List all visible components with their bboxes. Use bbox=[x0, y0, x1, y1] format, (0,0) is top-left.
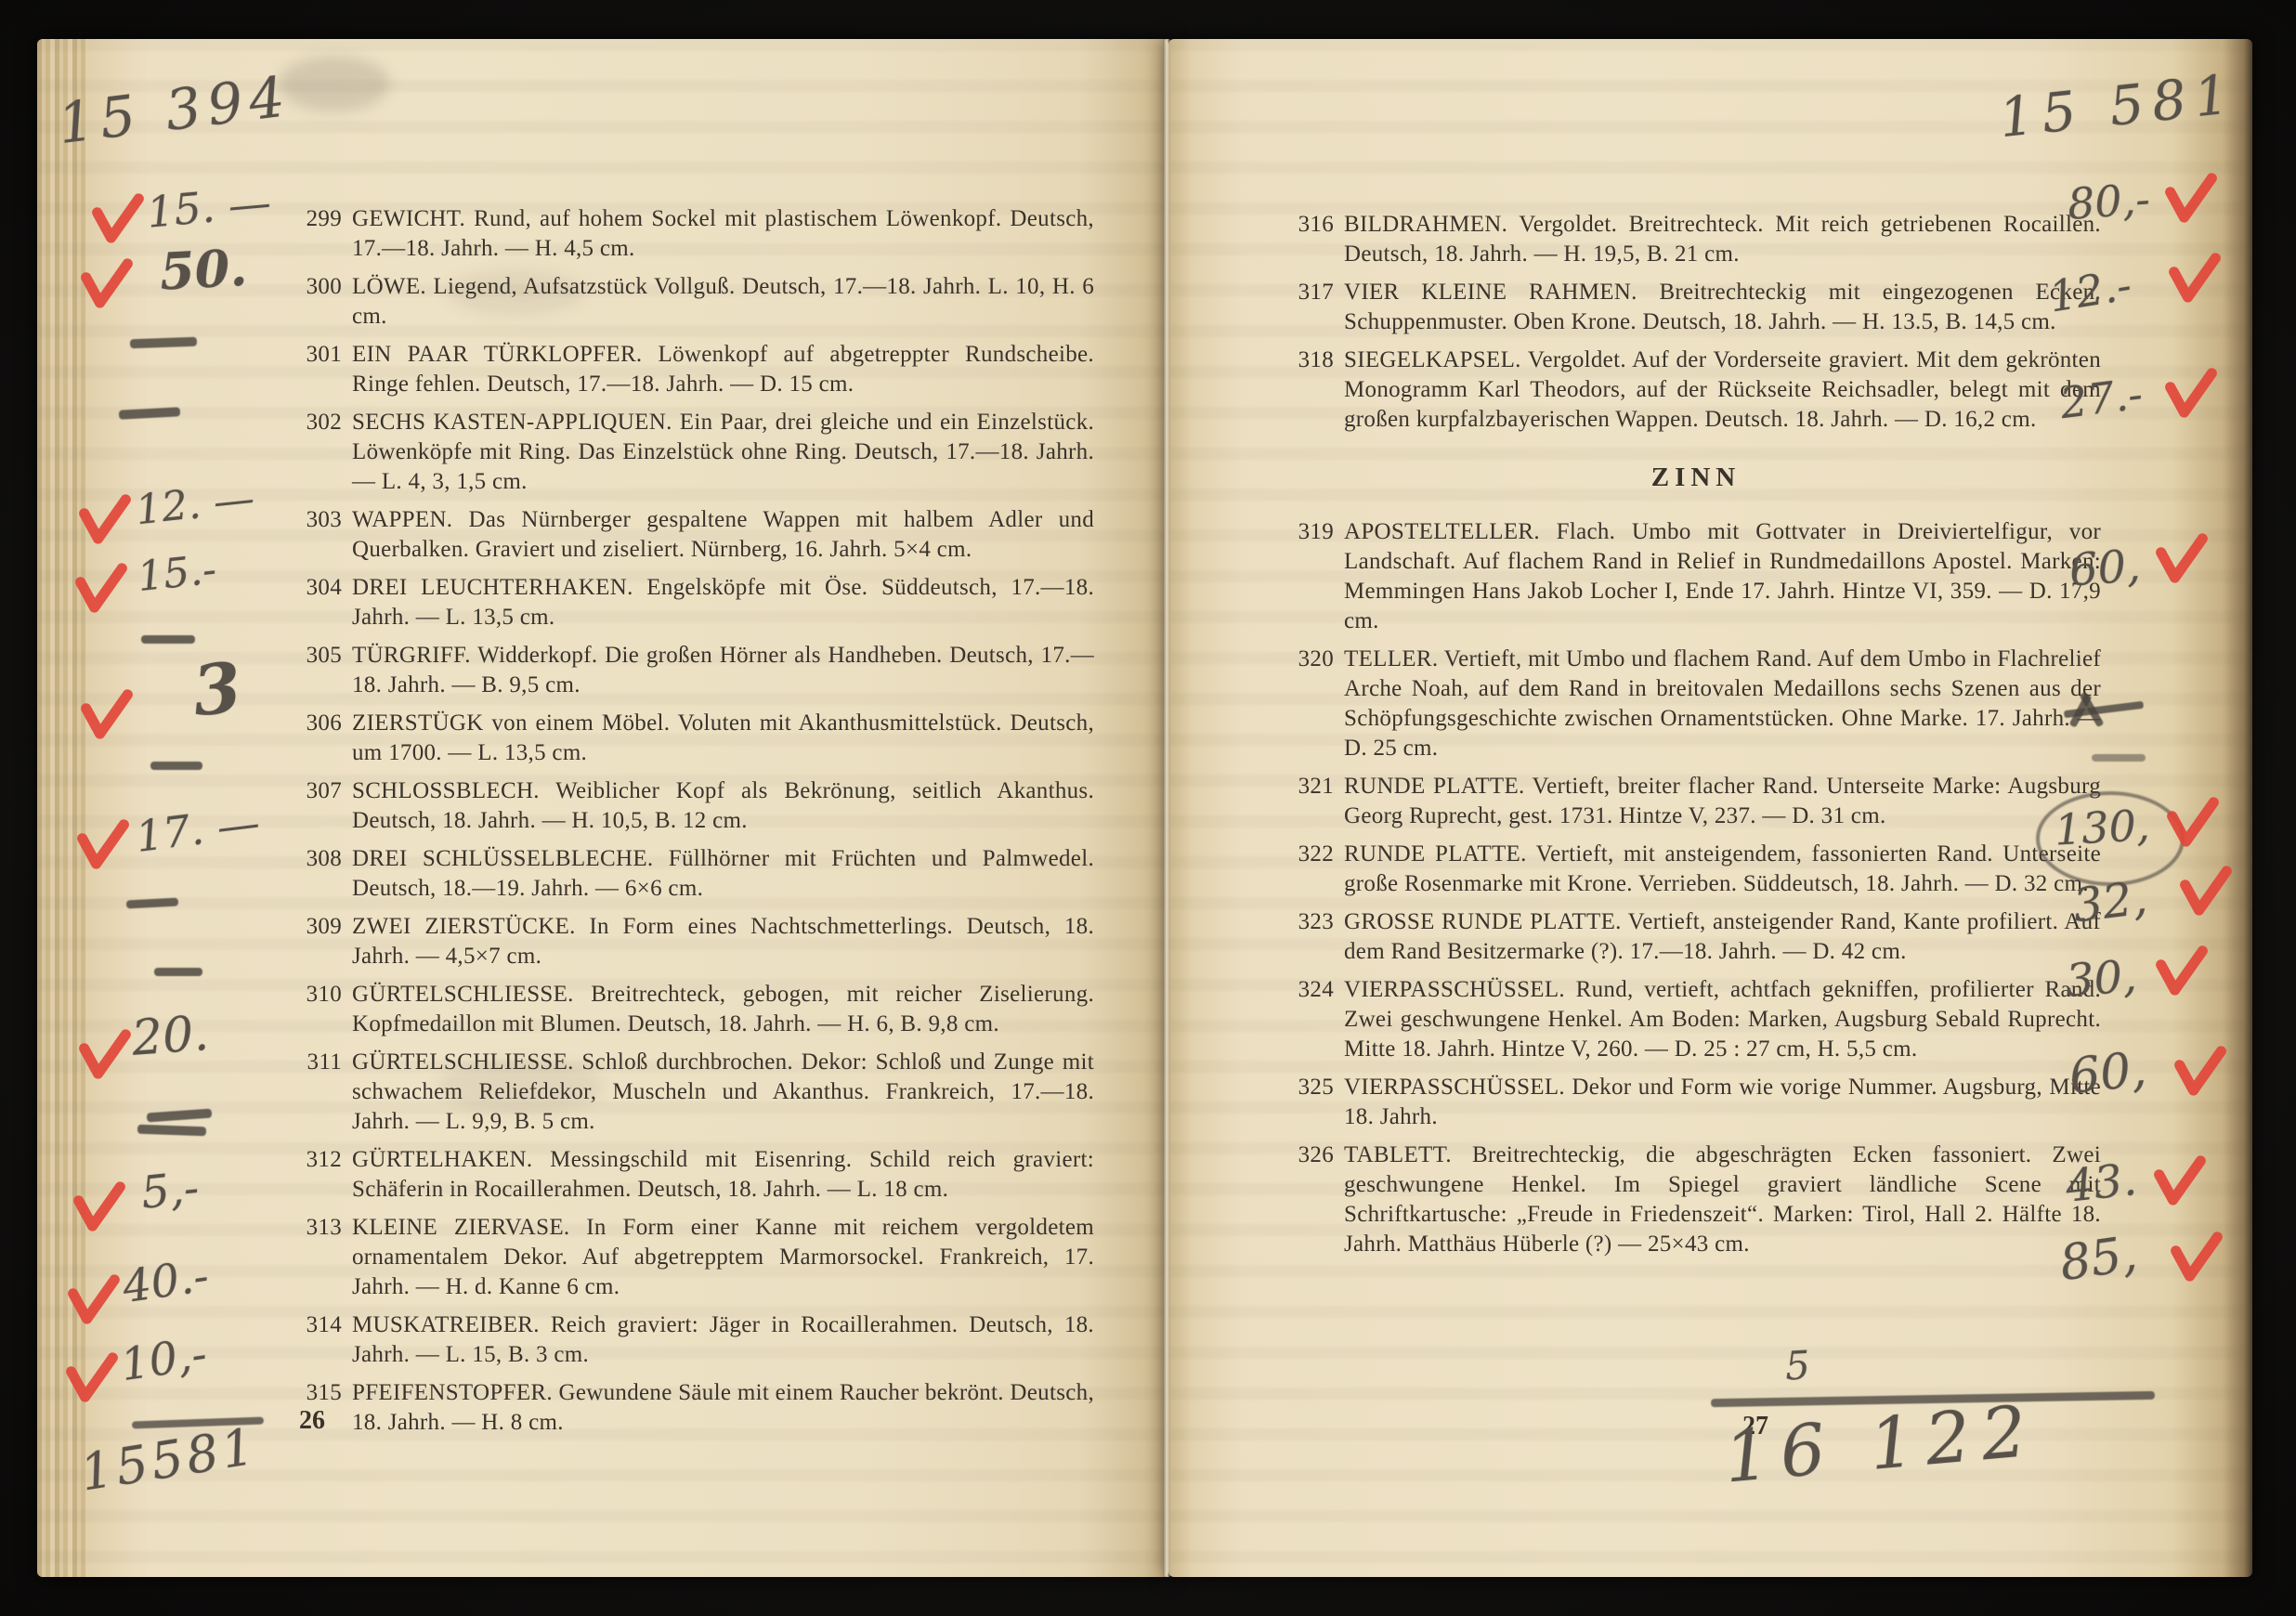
price-annotation-318: 27.- bbox=[2057, 369, 2146, 428]
entry-number: 314 bbox=[299, 1310, 342, 1370]
right-entry-column: 316BILDRAHMEN. Vergoldet. Breitrechteck.… bbox=[1291, 210, 2101, 1268]
entry-text: GÜRTELSCHLIESSE. Schloß durchbrochen. De… bbox=[352, 1048, 1094, 1137]
price-annotation-319: 60, bbox=[2068, 540, 2142, 596]
entry-text: VIERPASSCHÜSSEL. Rund, vertieft, achtfac… bbox=[1344, 975, 2101, 1064]
catalog-entry: 310GÜRTELSCHLIESSE. Breitrechteck, gebog… bbox=[299, 980, 1094, 1039]
entry-number: 310 bbox=[299, 980, 342, 1039]
entry-text: GÜRTELSCHLIESSE. Breitrechteck, gebogen,… bbox=[352, 980, 1094, 1039]
entry-text: TELLER. Vertieft, mit Umbo und flachem R… bbox=[1344, 645, 2101, 763]
catalog-entry: 301EIN PAAR TÜRKLOPFER. Löwenkopf auf ab… bbox=[299, 340, 1094, 399]
catalog-entry: 300LÖWE. Liegend, Aufsatzstück Vollguß. … bbox=[299, 272, 1094, 332]
catalog-entry: 299GEWICHT. Rund, auf hohem Sockel mit p… bbox=[299, 204, 1094, 264]
entry-number: 309 bbox=[299, 912, 342, 971]
red-checkmark-icon bbox=[74, 817, 132, 871]
entry-number: 300 bbox=[299, 272, 342, 332]
entry-number: 302 bbox=[299, 408, 342, 497]
entry-number: 319 bbox=[1291, 517, 1334, 636]
entry-text: VIERPASSCHÜSSEL. Dekor und Form wie vori… bbox=[1344, 1073, 2101, 1132]
entry-text: DREI SCHLÜSSELBLECHE. Füllhörner mit Frü… bbox=[352, 844, 1094, 904]
entry-number: 323 bbox=[1291, 907, 1334, 967]
entry-text: APOSTELTELLER. Flach. Umbo mit Gottvater… bbox=[1344, 517, 2101, 636]
catalog-entry: 318SIEGELKAPSEL. Vergoldet. Auf der Vord… bbox=[1291, 345, 2101, 435]
entry-number: 320 bbox=[1291, 645, 1334, 763]
catalog-entry: 311GÜRTELSCHLIESSE. Schloß durchbrochen.… bbox=[299, 1048, 1094, 1137]
price-annotation-322: 32, bbox=[2070, 870, 2150, 932]
entry-number: 324 bbox=[1291, 975, 1334, 1064]
entry-text: LÖWE. Liegend, Aufsatzstück Vollguß. Deu… bbox=[352, 272, 1094, 332]
red-checkmark-icon bbox=[78, 687, 136, 741]
entry-number: 311 bbox=[299, 1048, 342, 1137]
sum-carry-digit: 5 bbox=[1784, 1342, 1811, 1388]
catalog-entry: 312GÜRTELHAKEN. Messingschild mit Eisenr… bbox=[299, 1145, 1094, 1205]
red-checkmark-icon bbox=[2162, 366, 2220, 420]
pencil-smudge bbox=[279, 56, 390, 111]
entry-number: 312 bbox=[299, 1145, 342, 1205]
entry-text: ZIERSTÜGK von einem Möbel. Voluten mit A… bbox=[352, 709, 1094, 768]
entry-text: TÜRGRIFF. Widderkopf. Die großen Hörner … bbox=[352, 641, 1094, 700]
entry-text: GÜRTELHAKEN. Messingschild mit Eisenring… bbox=[352, 1145, 1094, 1205]
entry-text: KLEINE ZIERVASE. In Form einer Kanne mit… bbox=[352, 1213, 1094, 1302]
entry-number: 304 bbox=[299, 573, 342, 632]
red-checkmark-icon bbox=[2177, 864, 2235, 918]
entry-number: 303 bbox=[299, 505, 342, 565]
scribbled-price-mark bbox=[2064, 689, 2149, 732]
entry-text: SECHS KASTEN-APPLIQUEN. Ein Paar, drei g… bbox=[352, 408, 1094, 497]
entry-text: SIEGELKAPSEL. Vergoldet. Auf der Vorders… bbox=[1344, 345, 2101, 435]
entry-number: 326 bbox=[1291, 1140, 1334, 1259]
page-number-left: 26 bbox=[299, 1406, 325, 1436]
red-checkmark-icon bbox=[2153, 944, 2211, 997]
red-checkmark-icon bbox=[71, 1179, 128, 1233]
catalog-entry: 324VIERPASSCHÜSSEL. Rund, vertieft, acht… bbox=[1291, 975, 2101, 1064]
entry-number: 299 bbox=[299, 204, 342, 264]
price-annotation-311: 20. bbox=[130, 1006, 211, 1067]
price-annotation-325: 43. bbox=[2063, 1153, 2139, 1213]
entry-text: EIN PAAR TÜRKLOPFER. Löwenkopf auf abget… bbox=[352, 340, 1094, 399]
entry-number: 313 bbox=[299, 1213, 342, 1302]
gutter-crease bbox=[1163, 39, 1170, 1577]
catalog-entry: 308DREI SCHLÜSSELBLECHE. Füllhörner mit … bbox=[299, 844, 1094, 904]
entry-text: GROSSE RUNDE PLATTE. Vertieft, ansteigen… bbox=[1344, 907, 2101, 967]
entry-number: 305 bbox=[299, 641, 342, 700]
red-checkmark-icon bbox=[2164, 795, 2222, 849]
entry-number: 321 bbox=[1291, 772, 1334, 831]
catalog-entry: 302SECHS KASTEN-APPLIQUEN. Ein Paar, dre… bbox=[299, 408, 1094, 497]
section-heading-zinn: ZINN bbox=[1291, 463, 2101, 492]
catalog-entry: 314MUSKATREIBER. Reich graviert: Jäger i… bbox=[299, 1310, 1094, 1370]
entry-number: 307 bbox=[299, 776, 342, 836]
red-checkmark-icon bbox=[65, 1272, 123, 1326]
catalog-entry: 306ZIERSTÜGK von einem Möbel. Voluten mi… bbox=[299, 709, 1094, 768]
entry-number: 317 bbox=[1291, 278, 1334, 337]
entry-text: WAPPEN. Das Nürnberger gespaltene Wappen… bbox=[352, 505, 1094, 565]
red-checkmark-icon bbox=[78, 256, 136, 310]
entry-number: 325 bbox=[1291, 1073, 1334, 1132]
entry-number: 316 bbox=[1291, 210, 1334, 269]
no-bid-dash bbox=[2092, 754, 2146, 762]
catalog-entry: 321RUNDE PLATTE. Vertieft, breiter flach… bbox=[1291, 772, 2101, 831]
red-checkmark-icon bbox=[89, 191, 147, 245]
price-annotation-313: 5,- bbox=[138, 1162, 202, 1219]
catalog-entry: 325VIERPASSCHÜSSEL. Dekor und Form wie v… bbox=[1291, 1073, 2101, 1132]
entry-text: BILDRAHMEN. Vergoldet. Breitrechteck. Mi… bbox=[1344, 210, 2101, 269]
entry-text: TABLETT. Breitrechteckig, die abgeschräg… bbox=[1344, 1140, 2101, 1259]
entry-text: RUNDE PLATTE. Vertieft, mit ansteigendem… bbox=[1344, 840, 2101, 899]
catalog-entry: 322RUNDE PLATTE. Vertieft, mit ansteigen… bbox=[1291, 840, 2101, 899]
catalog-entry: 313KLEINE ZIERVASE. In Form einer Kanne … bbox=[299, 1213, 1094, 1302]
left-entry-column: 299GEWICHT. Rund, auf hohem Sockel mit p… bbox=[299, 204, 1094, 1446]
scanned-catalog-spread: 299GEWICHT. Rund, auf hohem Sockel mit p… bbox=[0, 0, 2296, 1616]
red-checkmark-icon bbox=[76, 492, 134, 546]
catalog-entry: 307SCHLOSSBLECH. Weiblicher Kopf als Bek… bbox=[299, 776, 1094, 836]
entry-text: MUSKATREIBER. Reich graviert: Jäger in R… bbox=[352, 1310, 1094, 1370]
entry-number: 306 bbox=[299, 709, 342, 768]
no-bid-dash bbox=[154, 968, 202, 976]
catalog-entry: 326TABLETT. Breitrechteckig, die abgesch… bbox=[1291, 1140, 2101, 1259]
price-annotation-300: 50. bbox=[158, 238, 248, 302]
red-checkmark-icon bbox=[2166, 251, 2224, 305]
red-checkmark-icon bbox=[2151, 1153, 2209, 1207]
catalog-entry: 320TELLER. Vertieft, mit Umbo und flache… bbox=[1291, 645, 2101, 763]
catalog-entry: 316BILDRAHMEN. Vergoldet. Breitrechteck.… bbox=[1291, 210, 2101, 269]
catalog-entry: 315PFEIFENSTOPFER. Gewundene Säule mit e… bbox=[299, 1378, 1094, 1438]
entry-number: 308 bbox=[299, 844, 342, 904]
price-annotation-326: 85, bbox=[2056, 1227, 2140, 1293]
red-checkmark-icon bbox=[2168, 1230, 2225, 1284]
entry-text: VIER KLEINE RAHMEN. Breitrechteckig mit … bbox=[1344, 278, 2101, 337]
entry-number: 322 bbox=[1291, 840, 1334, 899]
price-annotation-306: 3 bbox=[189, 648, 245, 733]
catalog-entry: 309ZWEI ZIERSTÜCKE. In Form eines Nachts… bbox=[299, 912, 1094, 971]
entry-text: PFEIFENSTOPFER. Gewundene Säule mit eine… bbox=[352, 1378, 1094, 1438]
entry-number: 301 bbox=[299, 340, 342, 399]
price-annotation-324: 60, bbox=[2067, 1042, 2149, 1105]
no-bid-dash bbox=[150, 762, 202, 770]
catalog-entry: 304DREI LEUCHTERHAKEN. Engelsköpfe mit Ö… bbox=[299, 573, 1094, 632]
catalog-entry: 303WAPPEN. Das Nürnberger gespaltene Wap… bbox=[299, 505, 1094, 565]
price-annotation-304: 15.- bbox=[136, 546, 219, 602]
catalog-entry: 323GROSSE RUNDE PLATTE. Vertieft, anstei… bbox=[1291, 907, 2101, 967]
entry-text: GEWICHT. Rund, auf hohem Sockel mit plas… bbox=[352, 204, 1094, 264]
red-checkmark-icon bbox=[2162, 171, 2220, 225]
entry-text: ZWEI ZIERSTÜCKE. In Form eines Nachtschm… bbox=[352, 912, 1094, 971]
red-checkmark-icon bbox=[2172, 1044, 2229, 1098]
catalog-entry: 317VIER KLEINE RAHMEN. Breitrechteckig m… bbox=[1291, 278, 2101, 337]
entry-text: SCHLOSSBLECH. Weiblicher Kopf als Bekrön… bbox=[352, 776, 1094, 836]
entry-text: RUNDE PLATTE. Vertieft, breiter flacher … bbox=[1344, 772, 2101, 831]
red-checkmark-icon bbox=[72, 561, 130, 615]
price-annotation-323: 30, bbox=[2064, 950, 2138, 1007]
catalog-entry: 305TÜRGRIFF. Widderkopf. Die großen Hörn… bbox=[299, 641, 1094, 700]
entry-number: 318 bbox=[1291, 345, 1334, 435]
price-annotation-316: 80,- bbox=[2066, 174, 2151, 229]
red-checkmark-icon bbox=[63, 1350, 121, 1404]
price-annotation-321: 130, bbox=[2054, 800, 2151, 854]
entry-text: DREI LEUCHTERHAKEN. Engelsköpfe mit Öse.… bbox=[352, 573, 1094, 632]
no-bid-dash bbox=[141, 635, 195, 644]
red-checkmark-icon bbox=[76, 1027, 134, 1081]
red-checkmark-icon bbox=[2153, 531, 2211, 585]
catalog-entry: 319APOSTELTELLER. Flach. Umbo mit Gottva… bbox=[1291, 517, 2101, 636]
